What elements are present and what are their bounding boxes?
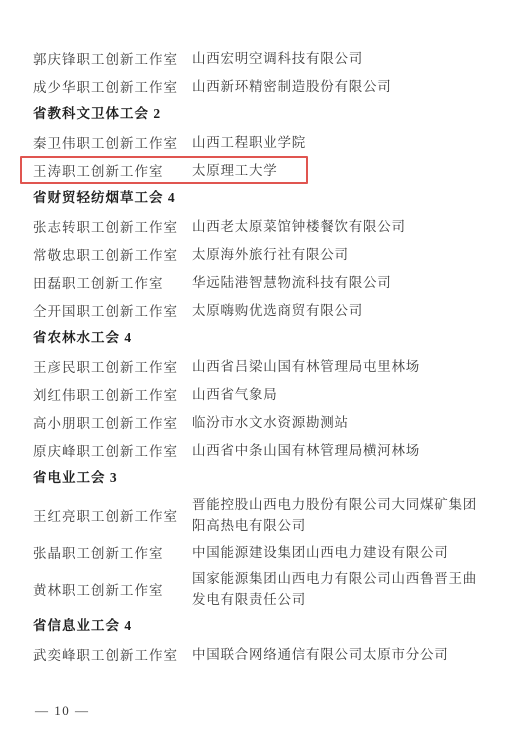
section-heading: 省电业工会 3 <box>33 464 509 492</box>
studio-name-cell: 黄林职工创新工作室 <box>33 579 192 599</box>
section-heading: 省农林水工会 4 <box>33 324 509 352</box>
studio-name-cell: 成少华职工创新工作室 <box>33 76 192 96</box>
organization-cell: 山西省吕梁山国有林管理局屯里林场 <box>192 356 488 377</box>
table-row: 原庆峰职工创新工作室山西省中条山国有林管理局横河林场 <box>33 436 509 464</box>
table-row: 高小朋职工创新工作室临汾市水文水资源勘测站 <box>33 408 509 436</box>
table-row: 王红亮职工创新工作室晋能控股山西电力股份有限公司大同煤矿集团阳高热电有限公司 <box>33 492 509 538</box>
table-row: 张志转职工创新工作室山西老太原菜馆钟楼餐饮有限公司 <box>33 212 509 240</box>
table-row: 武奕峰职工创新工作室中国联合网络通信有限公司太原市分公司 <box>33 640 509 668</box>
organization-cell: 太原嗨购优选商贸有限公司 <box>192 300 488 321</box>
section-heading: 省教科文卫体工会 2 <box>33 100 509 128</box>
studio-name-cell: 原庆峰职工创新工作室 <box>33 440 192 460</box>
table-row: 郭庆锋职工创新工作室山西宏明空调科技有限公司 <box>33 44 509 72</box>
organization-cell: 太原理工大学 <box>192 160 488 181</box>
organization-cell: 中国联合网络通信有限公司太原市分公司 <box>192 644 488 665</box>
studio-name-cell: 张晶职工创新工作室 <box>33 542 192 562</box>
table-row: 常敬忠职工创新工作室太原海外旅行社有限公司 <box>33 240 509 268</box>
studio-name-cell: 张志转职工创新工作室 <box>33 216 192 236</box>
table-row: 黄林职工创新工作室国家能源集团山西电力有限公司山西鲁晋王曲发电有限责任公司 <box>33 566 509 612</box>
studio-name-cell: 王红亮职工创新工作室 <box>33 505 192 525</box>
studio-name-cell: 仝开国职工创新工作室 <box>33 300 192 320</box>
studio-name-cell: 常敬忠职工创新工作室 <box>33 244 192 264</box>
studio-name-cell: 田磊职工创新工作室 <box>33 272 192 292</box>
table-row: 秦卫伟职工创新工作室山西工程职业学院 <box>33 128 509 156</box>
organization-cell: 山西省中条山国有林管理局横河林场 <box>192 440 488 461</box>
organization-cell: 山西老太原菜馆钟楼餐饮有限公司 <box>192 216 488 237</box>
studio-name-cell: 王涛职工创新工作室 <box>33 160 192 180</box>
table-row: 王彦民职工创新工作室山西省吕梁山国有林管理局屯里林场 <box>33 352 509 380</box>
organization-cell: 太原海外旅行社有限公司 <box>192 244 488 265</box>
organization-cell: 山西省气象局 <box>192 384 488 405</box>
studio-name-cell: 郭庆锋职工创新工作室 <box>33 48 192 68</box>
studio-name-cell: 高小朋职工创新工作室 <box>33 412 192 432</box>
page-number: — 10 — <box>35 703 90 719</box>
organization-cell: 临汾市水文水资源勘测站 <box>192 412 488 433</box>
organization-cell: 山西工程职业学院 <box>192 132 488 153</box>
table-row: 刘红伟职工创新工作室山西省气象局 <box>33 380 509 408</box>
organization-cell: 山西新环精密制造股份有限公司 <box>192 76 488 97</box>
document-body: 郭庆锋职工创新工作室山西宏明空调科技有限公司成少华职工创新工作室山西新环精密制造… <box>33 44 509 668</box>
organization-cell: 晋能控股山西电力股份有限公司大同煤矿集团阳高热电有限公司 <box>192 494 488 536</box>
section-heading: 省信息业工会 4 <box>33 612 509 640</box>
studio-name-cell: 秦卫伟职工创新工作室 <box>33 132 192 152</box>
table-row: 张晶职工创新工作室中国能源建设集团山西电力建设有限公司 <box>33 538 509 566</box>
section-heading: 省财贸轻纺烟草工会 4 <box>33 184 509 212</box>
organization-cell: 国家能源集团山西电力有限公司山西鲁晋王曲发电有限责任公司 <box>192 568 488 610</box>
table-row: 成少华职工创新工作室山西新环精密制造股份有限公司 <box>33 72 509 100</box>
table-row: 王涛职工创新工作室太原理工大学 <box>33 156 509 184</box>
organization-cell: 华远陆港智慧物流科技有限公司 <box>192 272 488 293</box>
table-row: 田磊职工创新工作室华远陆港智慧物流科技有限公司 <box>33 268 509 296</box>
studio-name-cell: 刘红伟职工创新工作室 <box>33 384 192 404</box>
document-page: 郭庆锋职工创新工作室山西宏明空调科技有限公司成少华职工创新工作室山西新环精密制造… <box>0 0 531 737</box>
organization-cell: 中国能源建设集团山西电力建设有限公司 <box>192 542 488 563</box>
studio-name-cell: 王彦民职工创新工作室 <box>33 356 192 376</box>
organization-cell: 山西宏明空调科技有限公司 <box>192 48 488 69</box>
table-row: 仝开国职工创新工作室太原嗨购优选商贸有限公司 <box>33 296 509 324</box>
studio-name-cell: 武奕峰职工创新工作室 <box>33 644 192 664</box>
